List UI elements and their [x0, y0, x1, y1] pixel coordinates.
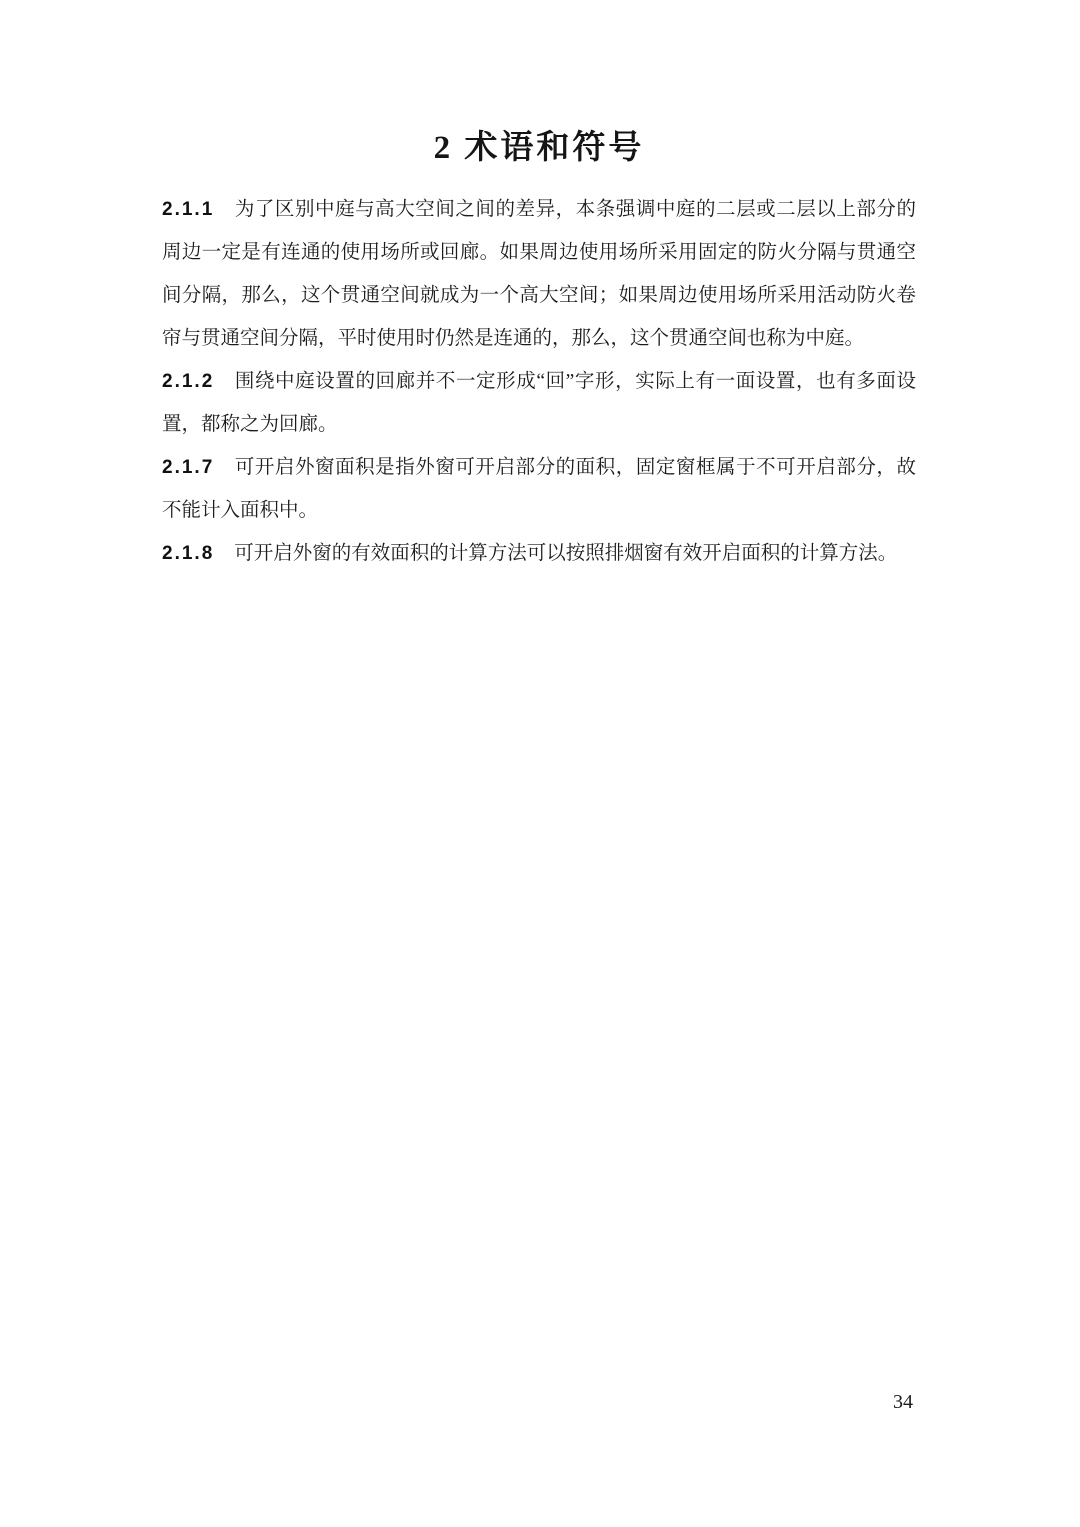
- clause-number: 2.1.2: [162, 371, 214, 392]
- page-content: 2 术语和符号 2.1.1为了区别中庭与高大空间之间的差异，本条强调中庭的二层或…: [162, 0, 916, 575]
- clause-text: 可开启外窗面积是指外窗可开启部分的面积，固定窗框属于不可开启部分，故不能计入面积…: [162, 457, 916, 521]
- clause-2-1-7: 2.1.7可开启外窗面积是指外窗可开启部分的面积，固定窗框属于不可开启部分，故不…: [162, 446, 916, 532]
- clause-text: 可开启外窗的有效面积的计算方法可以按照排烟窗有效开启面积的计算方法。: [234, 543, 897, 564]
- clause-number: 2.1.8: [162, 543, 214, 564]
- clause-2-1-2: 2.1.2围绕中庭设置的回廊并不一定形成“回”字形，实际上有一面设置，也有多面设…: [162, 360, 916, 446]
- clause-2-1-1: 2.1.1为了区别中庭与高大空间之间的差异，本条强调中庭的二层或二层以上部分的周…: [162, 188, 916, 360]
- document-page: 2 术语和符号 2.1.1为了区别中庭与高大空间之间的差异，本条强调中庭的二层或…: [0, 0, 1080, 1527]
- clause-text: 为了区别中庭与高大空间之间的差异，本条强调中庭的二层或二层以上部分的周边一定是有…: [162, 199, 916, 349]
- clause-number: 2.1.7: [162, 457, 214, 478]
- clause-2-1-8: 2.1.8可开启外窗的有效面积的计算方法可以按照排烟窗有效开启面积的计算方法。: [162, 532, 916, 575]
- chapter-title: 2 术语和符号: [162, 128, 916, 168]
- clause-text: 围绕中庭设置的回廊并不一定形成“回”字形，实际上有一面设置，也有多面设置，都称之…: [162, 371, 916, 435]
- clause-number: 2.1.1: [162, 199, 214, 220]
- page-number: 34: [893, 1390, 913, 1414]
- clause-list: 2.1.1为了区别中庭与高大空间之间的差异，本条强调中庭的二层或二层以上部分的周…: [162, 188, 916, 575]
